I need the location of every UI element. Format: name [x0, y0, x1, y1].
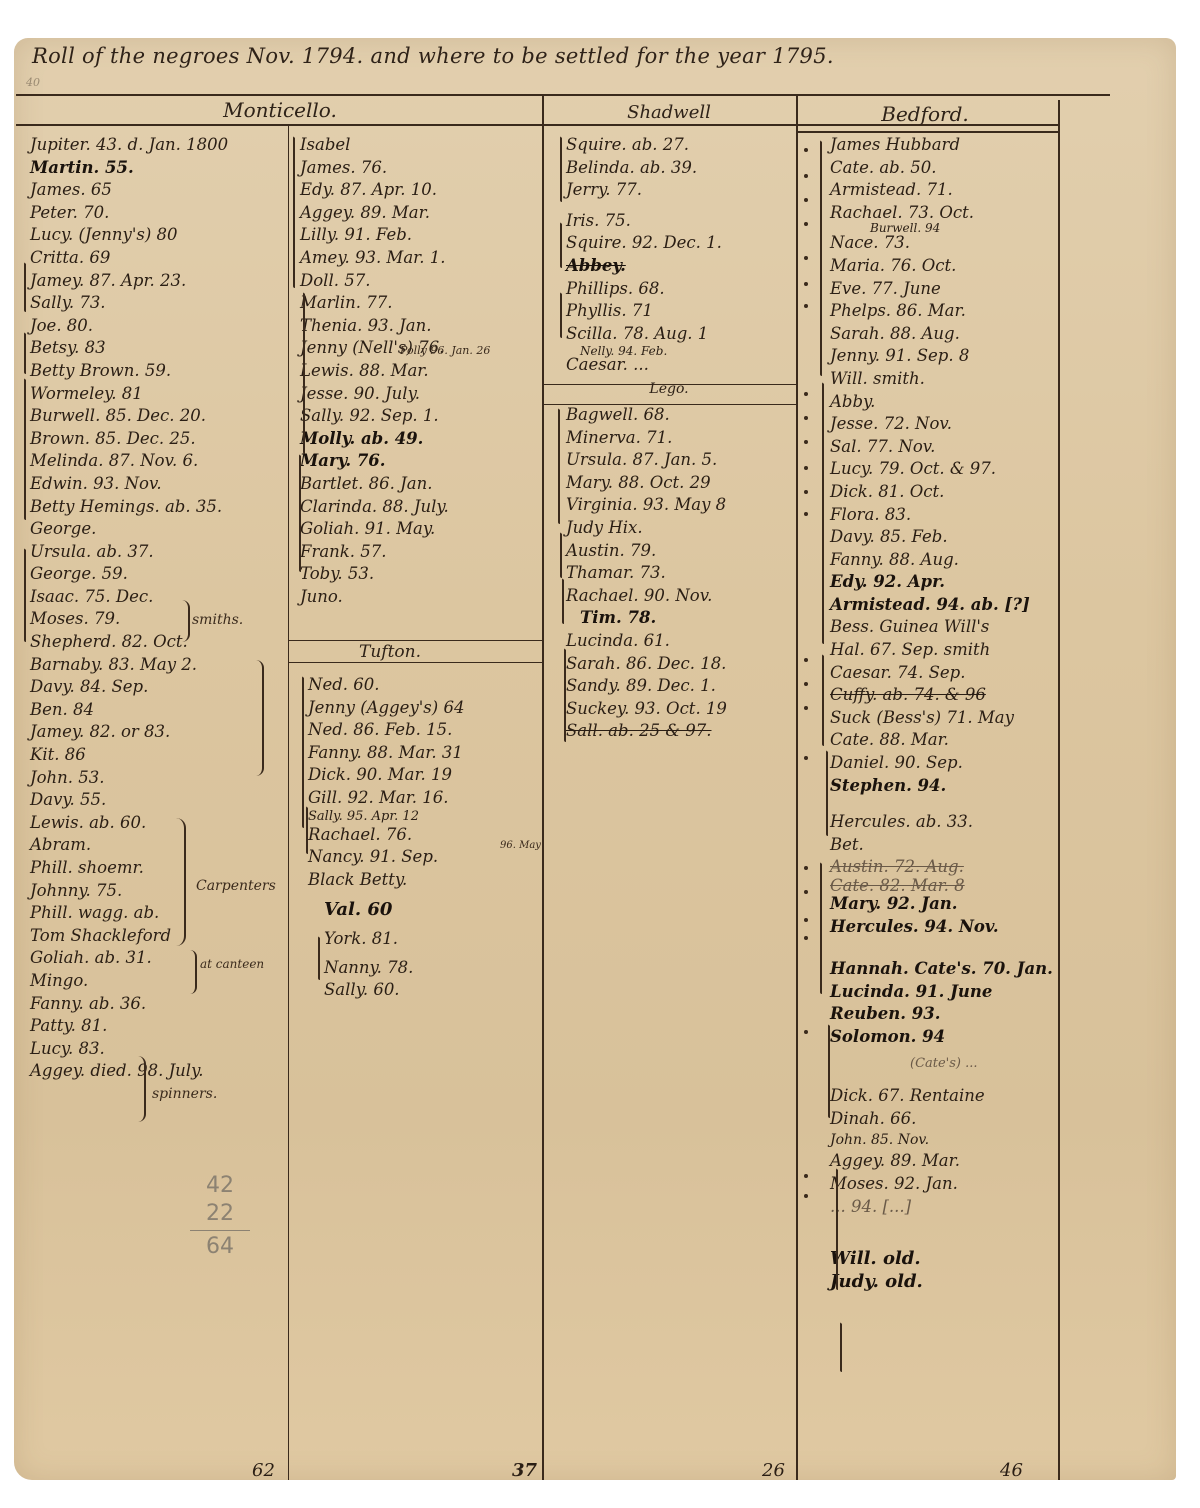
list-item: Phill. shoemr. [30, 857, 228, 880]
family-bracket [24, 378, 26, 520]
list-item: ... 94. [...] [830, 1196, 1053, 1219]
list-item: Bagwell. 68. [566, 404, 727, 427]
family-bracket [24, 332, 26, 374]
list-item: Shepherd. 82. Oct. [30, 631, 228, 654]
monticello-list-col2: Isabel James. 76. Edy. 87. Apr. 10. Agge… [300, 134, 449, 608]
list-item: Edy. 92. Apr. [830, 571, 1053, 594]
family-bracket [562, 578, 564, 624]
spinners-bracket [138, 1056, 146, 1122]
divider-monticello-shadwell [542, 96, 544, 1480]
tally-dot [804, 174, 808, 178]
column-total: 46 [1000, 1460, 1023, 1481]
list-item: Tom Shackleford [30, 925, 228, 948]
page-mark: 40 [26, 76, 40, 89]
list-item: Bartlet. 86. Jan. [300, 473, 449, 496]
family-bracket [822, 382, 824, 644]
heading-shadwell: Shadwell [544, 102, 794, 123]
list-item: Aggey. died. 98. July. [30, 1060, 228, 1083]
bedford-header-rule [796, 131, 1060, 133]
tally-dot [804, 658, 808, 662]
family-bracket [820, 862, 822, 994]
list-item: Lucy. 83. [30, 1038, 228, 1061]
note-at-canteen: at canteen [200, 958, 280, 971]
list-item: Stephen. 94. [830, 775, 1053, 798]
family-bracket [558, 408, 560, 524]
list-item: Lucinda. 91. June [830, 981, 1053, 1004]
list-item: Phill. wagg. ab. [30, 902, 228, 925]
list-item: Hercules. ab. 33. [830, 811, 1053, 834]
list-item: Jerry. 77. [566, 179, 722, 202]
list-item: Goliah. 91. May. [300, 518, 449, 541]
family-bracket [828, 1024, 830, 1118]
pencil-tally: 42 22 64 [190, 1172, 250, 1261]
list-item: Cuffy. ab. 74. & 96 [830, 684, 1053, 707]
list-item: Patty. 81. [30, 1015, 228, 1038]
bedford-list: James Hubbard Cate. ab. 50. Armistead. 7… [830, 134, 1053, 1293]
list-item: Isabel [300, 134, 449, 157]
list-item: Armistead. 94. ab. [?] [830, 594, 1053, 617]
list-item: Abbey. [566, 255, 722, 278]
list-item: Squire. ab. 27. [566, 134, 722, 157]
document-title: Roll of the negroes Nov. 1794. and where… [32, 44, 834, 68]
heading-bedford: Bedford. [800, 102, 1050, 126]
list-item: Suckey. 93. Oct. 19 [566, 698, 727, 721]
list-item: Toby. 53. [300, 563, 449, 586]
heading-lego: Lego. [544, 381, 794, 397]
list-item: Bess. Guinea Will's [830, 616, 1053, 639]
tally-dot [804, 148, 808, 152]
tally-dot [804, 1194, 808, 1198]
list-item: Lilly. 91. Feb. [300, 224, 449, 247]
list-item: Mary. 88. Oct. 29 [566, 472, 727, 495]
list-item: Mary. 76. [300, 450, 449, 473]
list-item: Dick. 67. Rentaine [830, 1085, 1053, 1108]
list-item: Wormeley. 81 [30, 383, 228, 406]
list-item: Dick. 81. Oct. [830, 481, 1053, 504]
list-item: Sandy. 89. Dec. 1. [566, 675, 727, 698]
list-item: Maria. 76. Oct. [830, 255, 1053, 278]
list-item: Edwin. 93. Nov. [30, 473, 228, 496]
list-item: Nancy. 91. Sep. [308, 846, 464, 869]
list-item: Isaac. 75. Dec. [30, 586, 228, 609]
list-item: Minerva. 71. [566, 427, 727, 450]
list-item: Jamey. 87. Apr. 23. [30, 270, 228, 293]
divider-monticello-cols [288, 126, 289, 1480]
family-bracket [560, 136, 562, 202]
list-item: Mingo. [30, 970, 228, 993]
list-item: Jenny (Aggey's) 64 [308, 697, 464, 720]
list-item: Daniel. 90. Sep. [830, 752, 1053, 775]
list-item: Cate. 82. Mar. 8 [830, 879, 1053, 893]
list-item: Juno. [300, 586, 449, 609]
list-item: Val. 60 [324, 899, 464, 922]
list-item: Lewis. 88. Mar. [300, 360, 449, 383]
tally-dot [804, 682, 808, 686]
tally-dot [804, 392, 808, 396]
note-spinners: spinners. [152, 1086, 217, 1102]
list-item: Moses. 92. Jan. [830, 1173, 1053, 1196]
list-item: Austin. 79. [566, 540, 727, 563]
carpenters-bracket [176, 818, 186, 946]
list-item: Tim. 78. [580, 607, 727, 630]
header-top-rule [16, 94, 1110, 96]
tufton-bottom-rule [288, 662, 542, 663]
list-item: Sall. ab. 25 & 97. [566, 720, 727, 743]
list-item: Thenia. 93. Jan. [300, 315, 449, 338]
list-item: James. 65 [30, 179, 228, 202]
shadwell-list: Squire. ab. 27. Belinda. ab. 39. Jerry. … [566, 134, 722, 373]
list-item: Doll. 57. [300, 270, 449, 293]
list-item: Jesse. 72. Nov. [830, 413, 1053, 436]
list-item: Flora. 83. [830, 504, 1053, 527]
list-item: Barnaby. 83. May 2. [30, 654, 228, 677]
list-item: James Hubbard [830, 134, 1053, 157]
list-item: Joe. 80. [30, 315, 228, 338]
tally-dot [804, 256, 808, 260]
family-bracket [24, 548, 26, 642]
list-item: Hal. 67. Sep. smith [830, 639, 1053, 662]
family-bracket [826, 750, 828, 836]
trade-bracket [256, 660, 264, 776]
canteen-bracket [190, 950, 197, 994]
family-bracket [564, 648, 566, 742]
list-item: Davy. 55. [30, 789, 228, 812]
tally-dot [804, 918, 808, 922]
list-item: Aggey. 89. Mar. [300, 202, 449, 225]
tally-dot [804, 756, 808, 760]
list-item: Phillips. 68. [566, 278, 722, 301]
list-item: Iris. 75. [566, 210, 722, 233]
tally-total: 64 [190, 1233, 250, 1261]
list-item: Brown. 85. Dec. 25. [30, 428, 228, 451]
list-item: Fanny. 88. Mar. 31 [308, 742, 464, 765]
list-item: Davy. 84. Sep. [30, 676, 228, 699]
interlinear-note: Polly 96. Jan. 26 [400, 344, 490, 357]
list-item: John. 85. Nov. [830, 1130, 1053, 1150]
list-item: Cate. 88. Mar. [830, 729, 1053, 752]
family-bracket [24, 262, 26, 312]
list-item: (Cate's) ... [910, 1053, 1053, 1076]
tally-dot [804, 466, 808, 470]
list-item: Suck (Bess's) 71. May [830, 707, 1053, 730]
list-item: Caesar. 74. Sep. [830, 662, 1053, 685]
list-item: Sarah. 86. Dec. 18. [566, 653, 727, 676]
list-item: Ned. 86. Feb. 15. [308, 719, 464, 742]
list-item: Rachael. 90. Nov. [566, 585, 727, 608]
family-bracket [302, 676, 304, 828]
list-item: Betty Hemings. ab. 35. [30, 496, 228, 519]
list-item: Armistead. 71. [830, 179, 1053, 202]
divider-bedford-margin [1058, 100, 1060, 1480]
list-item: Belinda. ab. 39. [566, 157, 722, 180]
tally-dot [804, 490, 808, 494]
heading-tufton: Tufton. [290, 642, 490, 662]
list-item: Jupiter. 43. d. Jan. 1800 [30, 134, 228, 157]
list-item: Nanny. 78. [324, 957, 464, 980]
list-item: Judy Hix. [566, 517, 727, 540]
list-item: Critta. 69 [30, 247, 228, 270]
list-item: Clarinda. 88. July. [300, 496, 449, 519]
list-item: Phelps. 86. Mar. [830, 300, 1053, 323]
list-item: Frank. 57. [300, 541, 449, 564]
family-bracket [822, 654, 824, 746]
list-item: James. 76. [300, 157, 449, 180]
list-item: Hercules. 94. Nov. [830, 916, 1053, 939]
tally-dot [804, 198, 808, 202]
list-item: Edy. 87. Apr. 10. [300, 179, 449, 202]
column-total: 26 [762, 1460, 785, 1481]
list-item: Dinah. 66. [830, 1108, 1053, 1131]
tally-dot [804, 866, 808, 870]
tally-value: 22 [190, 1200, 250, 1228]
list-item: Ursula. 87. Jan. 5. [566, 449, 727, 472]
list-item: Jesse. 90. July. [300, 383, 449, 406]
list-item: Judy. old. [830, 1271, 1053, 1294]
list-item: George. [30, 518, 228, 541]
family-bracket [560, 222, 562, 268]
list-item: Black Betty. [308, 869, 464, 892]
list-item: Sally. 60. [324, 979, 464, 1002]
list-item: Scilla. 78. Aug. 1 [566, 323, 722, 346]
list-item: Sally. 73. [30, 292, 228, 315]
list-item: Sal. 77. Nov. [830, 436, 1053, 459]
monticello-list-col1: Jupiter. 43. d. Jan. 1800 Martin. 55. Ja… [30, 134, 228, 1083]
list-item: Will. old. [830, 1248, 1053, 1271]
list-item: Lucy. (Jenny's) 80 [30, 224, 228, 247]
list-item: Sarah. 88. Aug. [830, 323, 1053, 346]
list-item: Mary. 92. Jan. [830, 893, 1053, 916]
divider-shadwell-bedford [796, 96, 798, 1480]
list-item: Gill. 92. Mar. 16. [308, 787, 464, 810]
tufton-list: Ned. 60. Jenny (Aggey's) 64 Ned. 86. Feb… [308, 674, 464, 1002]
list-item: Peter. 70. [30, 202, 228, 225]
list-item: Abram. [30, 834, 228, 857]
list-item: Lewis. ab. 60. [30, 812, 228, 835]
list-item: George. 59. [30, 563, 228, 586]
list-item: Virginia. 93. May 8 [566, 494, 727, 517]
list-item: Kit. 86 [30, 744, 228, 767]
column-total: 62 [252, 1460, 275, 1481]
tufton-top-rule [288, 640, 542, 641]
list-item: Lucy. 79. Oct. & 97. [830, 458, 1053, 481]
list-item: Jenny. 91. Sep. 8 [830, 345, 1053, 368]
list-item: Will. smith. [830, 368, 1053, 391]
list-item: Squire. 92. Dec. 1. [566, 232, 722, 255]
tally-dot [804, 936, 808, 940]
list-item: Ned. 60. [308, 674, 464, 697]
list-item: Davy. 85. Feb. [830, 526, 1053, 549]
list-item: Ursula. ab. 37. [30, 541, 228, 564]
list-item: Phyllis. 71 [566, 300, 722, 323]
interlinear-note: 96. May [500, 840, 541, 851]
family-bracket [560, 292, 562, 338]
list-item: Sally. 92. Sep. 1. [300, 405, 449, 428]
family-bracket [306, 806, 308, 854]
list-item: Reuben. 93. [830, 1003, 1053, 1026]
tally-dot [804, 440, 808, 444]
list-item: Bet. [830, 834, 1053, 857]
list-item: John. 53. [30, 767, 228, 790]
column-total: 37 [512, 1460, 537, 1481]
list-item: Fanny. ab. 36. [30, 993, 228, 1016]
family-bracket [303, 292, 305, 454]
family-bracket [299, 454, 301, 572]
list-item: Jamey. 82. or 83. [30, 721, 228, 744]
list-item: Lucinda. 61. [566, 630, 727, 653]
list-item: Burwell. 94 [870, 224, 1053, 232]
list-item: Martin. 55. [30, 157, 228, 180]
list-item: Nace. 73. [830, 232, 1053, 255]
list-item: Eve. 77. June [830, 278, 1053, 301]
tally-dot [804, 706, 808, 710]
tally-dot [804, 890, 808, 894]
list-item: Marlin. 77. [300, 292, 449, 315]
list-item: Sally. 95. Apr. 12 [308, 810, 464, 824]
list-item: Rachael. 76. [308, 824, 464, 847]
family-bracket [560, 532, 562, 578]
list-item: Molly. ab. 49. [300, 428, 449, 451]
family-bracket [836, 1168, 838, 1290]
list-item: Solomon. 94 [830, 1026, 1053, 1049]
list-item: Aggey. 89. Mar. [830, 1150, 1053, 1173]
smiths-bracket [182, 600, 190, 642]
family-bracket [318, 936, 320, 980]
lego-list: Bagwell. 68. Minerva. 71. Ursula. 87. Ja… [566, 404, 727, 743]
list-item: Caesar. ... [566, 357, 722, 373]
list-item: Betsy. 83 [30, 337, 228, 360]
tally-dot [804, 304, 808, 308]
list-item: Fanny. 88. Aug. [830, 549, 1053, 572]
family-bracket [840, 1322, 842, 1372]
heading-monticello: Monticello. [40, 98, 520, 122]
list-item: Betty Brown. 59. [30, 360, 228, 383]
note-carpenters: Carpenters [196, 878, 276, 894]
tally-dot [804, 1174, 808, 1178]
tally-dot [804, 1030, 808, 1034]
family-bracket [293, 136, 295, 288]
tally-dot [804, 282, 808, 286]
list-item: Burwell. 85. Dec. 20. [30, 405, 228, 428]
list-item: Goliah. ab. 31. [30, 947, 228, 970]
note-smiths: smiths. [192, 612, 243, 628]
list-item: Hannah. Cate's. 70. Jan. [830, 958, 1053, 981]
list-item: Ben. 84 [30, 699, 228, 722]
list-item: York. 81. [324, 928, 464, 951]
family-bracket [820, 140, 822, 376]
list-item: Cate. ab. 50. [830, 157, 1053, 180]
tally-value: 42 [190, 1172, 250, 1200]
tally-dot [804, 512, 808, 516]
list-item: Melinda. 87. Nov. 6. [30, 450, 228, 473]
list-item: Amey. 93. Mar. 1. [300, 247, 449, 270]
tally-dot [804, 416, 808, 420]
list-item: Thamar. 73. [566, 562, 727, 585]
list-item: Abby. [830, 391, 1053, 414]
list-item: Rachael. 73. Oct. [830, 202, 1053, 225]
list-item: Dick. 90. Mar. 19 [308, 764, 464, 787]
tally-dot [804, 222, 808, 226]
